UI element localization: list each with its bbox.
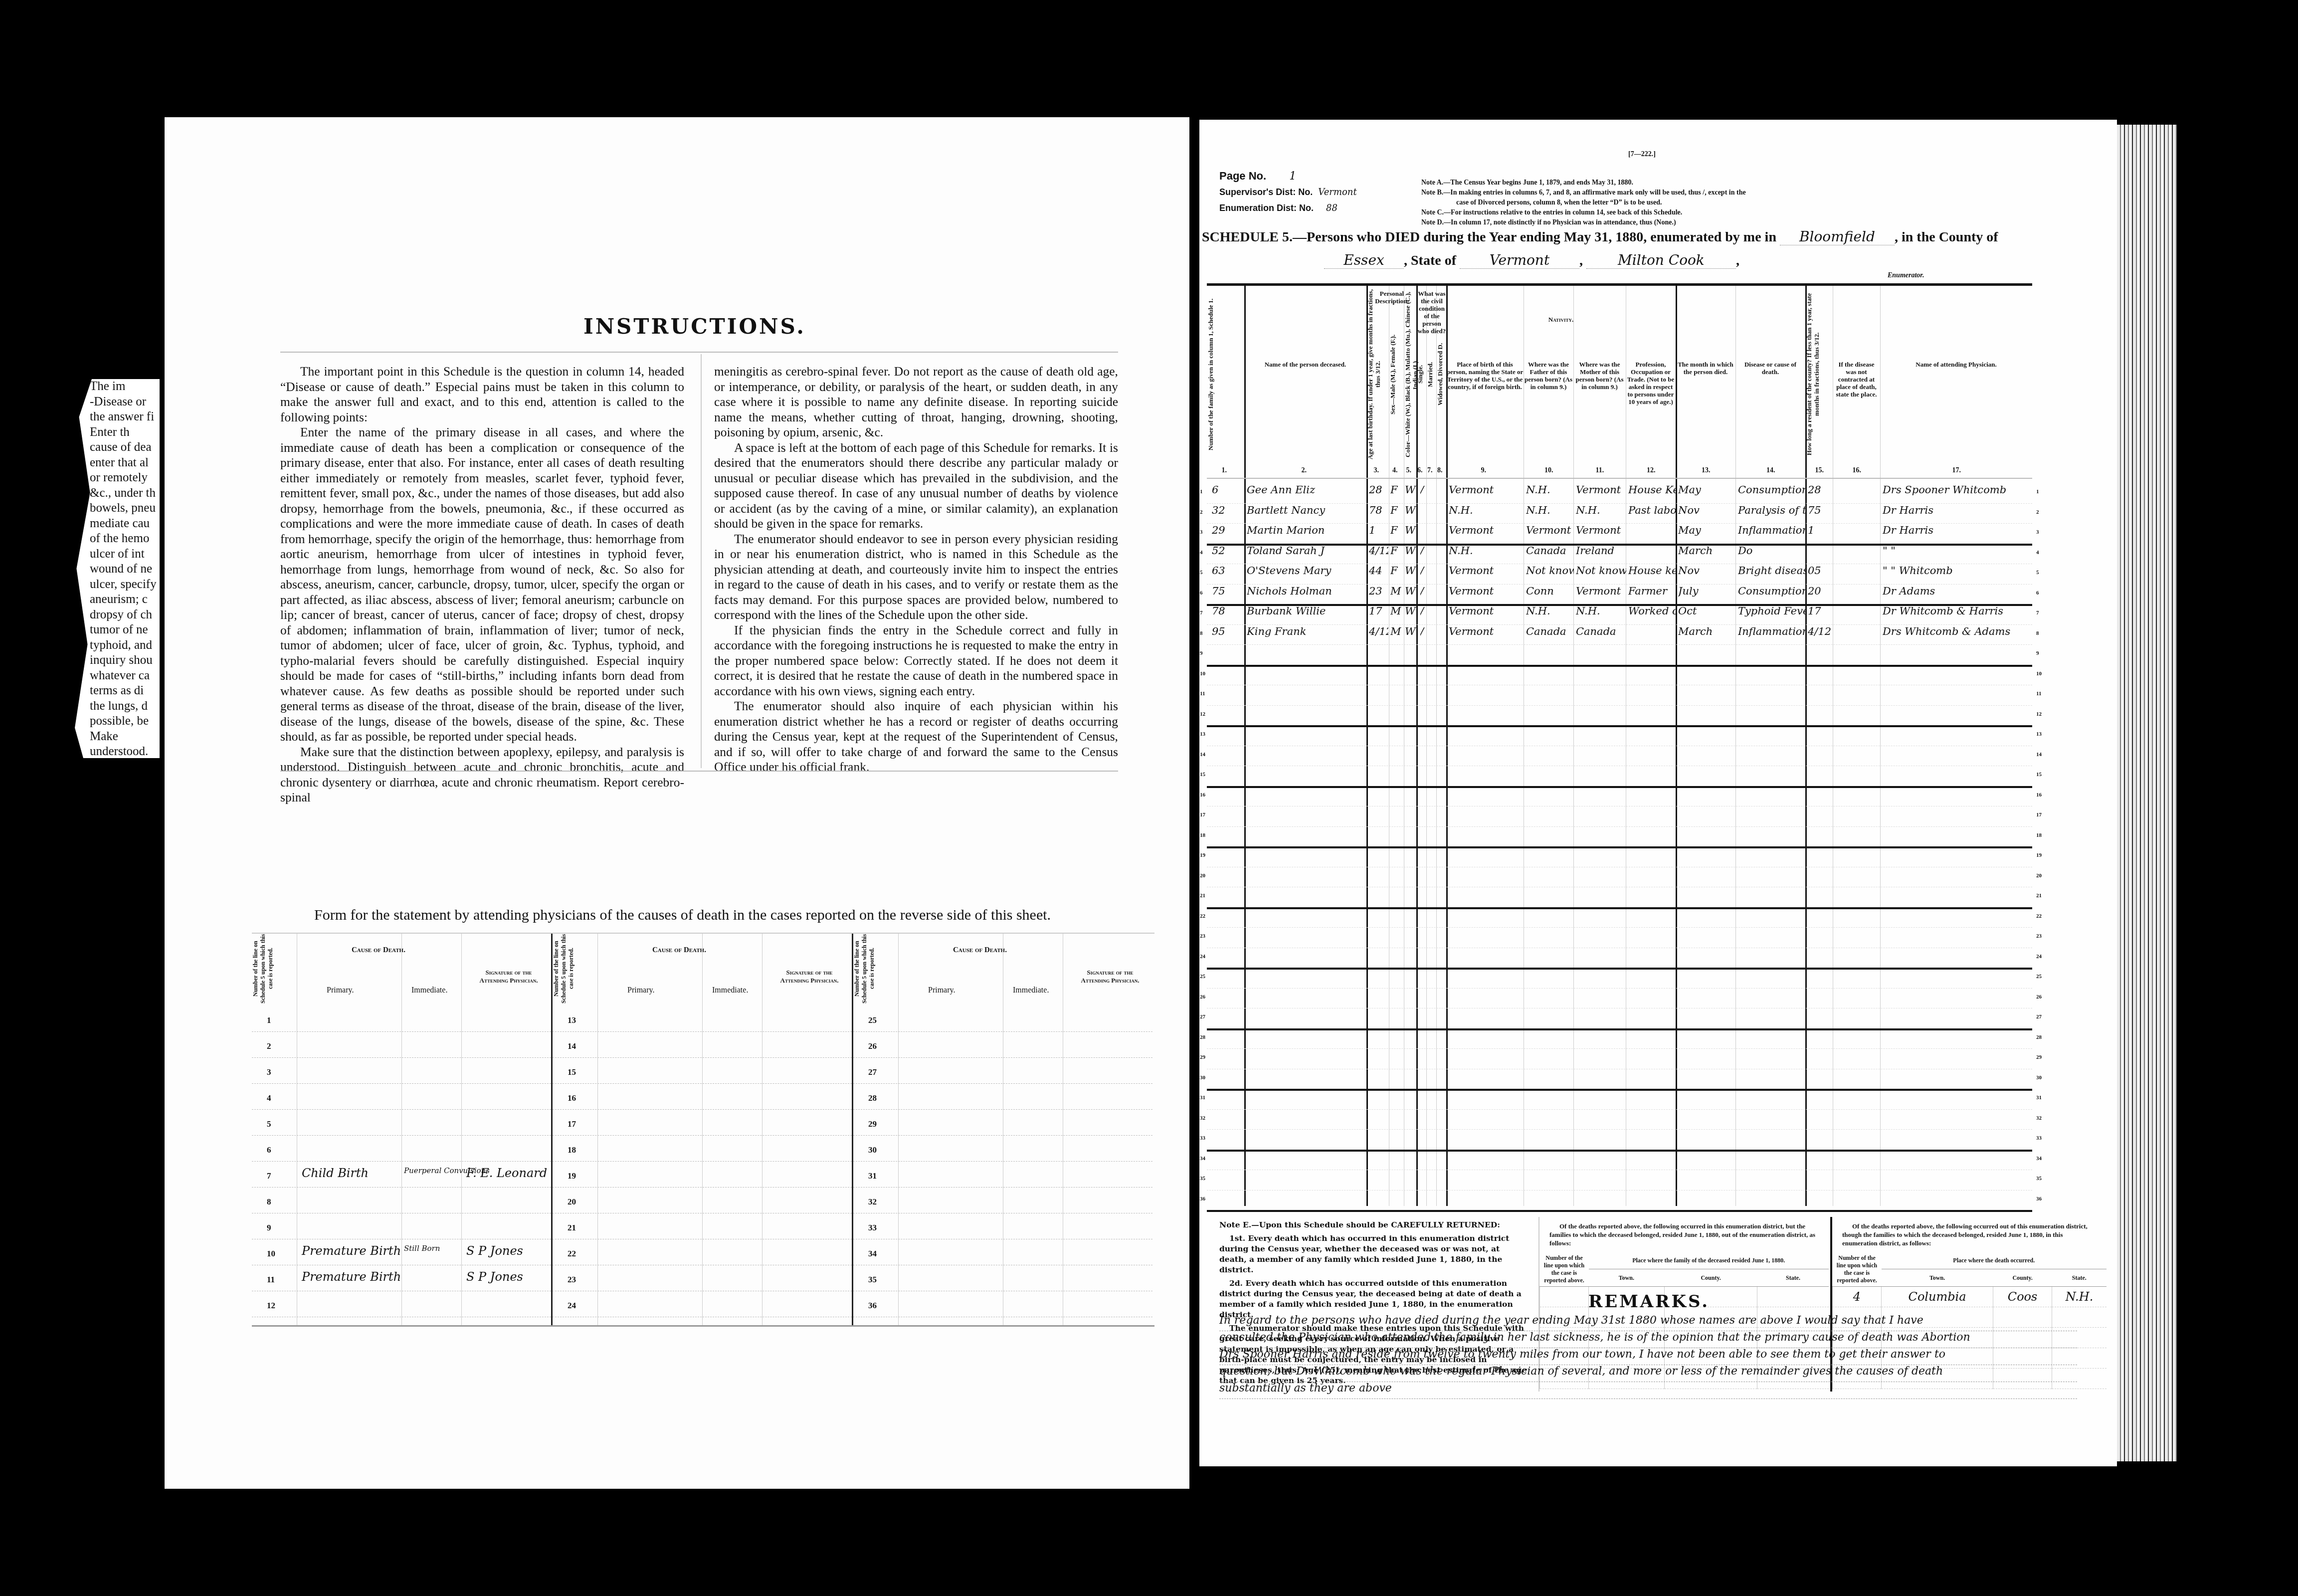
table-row: 3030: [1207, 1069, 2032, 1091]
stub-text-line: inquiry shou: [75, 653, 160, 668]
instruction-paragraph: The important point in this Schedule is …: [280, 364, 684, 425]
column-number: 9.: [1481, 467, 1487, 475]
stub-text-line: the lungs, d: [75, 699, 160, 714]
line-number: 9: [267, 1223, 271, 1233]
column-header-1: Number of the family as given in column …: [1207, 286, 1244, 468]
cell-color: W: [1405, 625, 1418, 637]
column-number: 13.: [1702, 467, 1711, 475]
row-number-right: 14: [2036, 752, 2042, 758]
line-number: 26: [868, 1041, 877, 1051]
physician-form-row: 36: [853, 1294, 1152, 1317]
stub-text-line: bowels, pneu: [75, 501, 160, 516]
line-number: 19: [568, 1171, 576, 1181]
cell-physician: Dr Harris: [1883, 524, 2028, 536]
cell-father: Not known: [1526, 565, 1574, 577]
line-number: 12: [267, 1301, 275, 1311]
book-page-edges: [2117, 125, 2177, 1461]
divider: [280, 352, 1118, 353]
physician-form-row: 4: [252, 1086, 551, 1110]
physician-form-row: 27: [853, 1060, 1152, 1084]
cell-father: Conn: [1526, 585, 1574, 597]
row-number-right: 6: [2036, 590, 2039, 596]
instruction-paragraph: If the physician finds the entry in the …: [714, 623, 1118, 699]
line-number: 25: [868, 1015, 877, 1025]
line-number: 23: [568, 1275, 576, 1285]
stub-text-line: typhoid, and: [75, 638, 160, 653]
cell-month: March: [1678, 545, 1736, 557]
stub-text-line: understood.: [75, 744, 160, 760]
supervisor-value: Vermont: [1318, 187, 1356, 198]
box-intro: Of the deaths reported above, the follow…: [1832, 1217, 2106, 1247]
instructions-column-2: meningitis as cerebro-spinal fever. Do n…: [714, 364, 1118, 775]
table-row: 1313: [1207, 725, 2032, 746]
line-number: 8: [267, 1197, 271, 1207]
cell-birth: Vermont: [1449, 605, 1524, 617]
physician-form-block: Number of the line on Schedule 5 upon wh…: [252, 934, 551, 1325]
column-number: 14.: [1766, 467, 1775, 475]
supervisor-district-line: Supervisor's Dist: No. Vermont: [1219, 187, 1357, 198]
line-number: 30: [868, 1145, 877, 1155]
stub-text-line: or remotely: [75, 470, 160, 486]
primary-cause: Child Birth: [302, 1166, 369, 1180]
table-row: 3333: [1207, 1129, 2032, 1152]
line-number: 4: [267, 1093, 271, 1103]
table-row: 1515: [1207, 766, 2032, 788]
row-number-left: 2: [1200, 509, 1203, 515]
physician-form-row: 33: [853, 1216, 1152, 1239]
place-header: Place where the death occurred.: [1882, 1252, 2107, 1269]
column-divider: [701, 354, 702, 768]
cell-name: Gee Ann Eliz: [1247, 484, 1367, 496]
primary-header: Primary.: [928, 986, 956, 995]
row-number-right: 25: [2036, 974, 2042, 980]
column-header-4: Sex—Male (M.), Female (F.).: [1389, 286, 1404, 468]
stub-text-line: Make: [75, 729, 160, 745]
cause-of-death-header: Cause of Death.: [652, 946, 706, 955]
instruction-paragraph: Make sure that the distinction between a…: [280, 745, 684, 805]
cell-month: July: [1678, 585, 1736, 597]
note-e-second: 2d. Every death which has occurred outsi…: [1219, 1278, 1529, 1320]
enumerator-name: Milton Cook: [1586, 252, 1736, 269]
row-number-left: 23: [1200, 933, 1205, 939]
row-number-right: 30: [2036, 1075, 2042, 1081]
row-number-left: 14: [1200, 752, 1205, 758]
table-row: 3131: [1207, 1089, 2032, 1110]
table-row: 2929: [1207, 1048, 2032, 1069]
signature-header: Signature of the Attending Physician.: [471, 969, 546, 985]
cell-sex: M: [1390, 625, 1403, 637]
cell-family: 52: [1212, 545, 1245, 557]
county-header: County.: [1993, 1269, 2052, 1287]
cell-resident: 20: [1808, 585, 1833, 597]
physician-form-row: 18: [553, 1138, 852, 1162]
physician-form-row: 3: [252, 1060, 551, 1084]
instruction-paragraph: Enter the name of the primary disease in…: [280, 425, 684, 745]
enumeration-value: 88: [1326, 203, 1338, 213]
table-row: 1414: [1207, 746, 2032, 767]
state-header: State.: [1757, 1269, 1829, 1287]
cell-month: May: [1678, 484, 1736, 496]
table-row: 116Gee Ann Eliz28FW/VermontN.H.VermontHo…: [1207, 483, 2032, 504]
table-row: 2828: [1207, 1028, 2032, 1049]
signature-header: Signature of the Attending Physician.: [1073, 969, 1148, 985]
cell-family: 6: [1212, 484, 1245, 496]
table-row: 4452Toland Sarah J4/12FW/N.H.CanadaIrela…: [1207, 544, 2032, 565]
schedule-title-text: SCHEDULE 5.—Persons who DIED during the …: [1202, 229, 1776, 245]
box-intro: Of the deaths reported above, the follow…: [1539, 1217, 1829, 1247]
cell-physician: Drs Whitcomb & Adams: [1883, 625, 2028, 637]
remark-line: Drs Spooner Harris and reside from twelv…: [1219, 1348, 2077, 1365]
row-number-right: 22: [2036, 913, 2042, 919]
table-row: 2424: [1207, 948, 2032, 970]
row-number-right: 15: [2036, 772, 2042, 778]
cell-color: W: [1405, 524, 1418, 536]
physician-form-block: Number of the line on Schedule 5 upon wh…: [553, 934, 852, 1325]
row-number-right: 33: [2036, 1135, 2042, 1141]
column-header-15: How long a resident of the county? If le…: [1805, 286, 1833, 468]
cell-physician: Dr Harris: [1883, 504, 2028, 516]
row-number-right: 19: [2036, 852, 2042, 858]
table-row: 3434: [1207, 1150, 2032, 1171]
stub-text-line: ulcer of int: [75, 547, 160, 562]
county-header: County.: [1664, 1269, 1757, 1287]
cell-family: 63: [1212, 565, 1245, 577]
row-number-right: 16: [2036, 792, 2042, 798]
row-number-right: 10: [2036, 671, 2042, 677]
table-row: 1111: [1207, 685, 2032, 706]
cell-father: Canada: [1526, 545, 1574, 557]
row-number-right: 18: [2036, 832, 2042, 838]
physician-signature: S P Jones: [466, 1270, 523, 1284]
row-number-right: 21: [2036, 893, 2042, 899]
line-number-header: Number of the line on Schedule 5 upon wh…: [252, 934, 297, 1003]
cell-month: May: [1678, 524, 1736, 536]
physician-form-row: 17: [553, 1112, 852, 1136]
cell-age: 23: [1369, 585, 1388, 597]
physician-form-row: 16: [553, 1086, 852, 1110]
remark-line: In regard to the persons who have died d…: [1219, 1314, 2077, 1331]
remark-line: substantially as they are above: [1219, 1382, 2077, 1399]
cell-birth: Vermont: [1449, 484, 1524, 496]
header-row: Number of the line upon which the case i…: [1833, 1252, 2107, 1269]
cell-occupation: Worked on farm: [1628, 605, 1676, 617]
stub-text-line: The im: [75, 379, 160, 395]
row-number-left: 27: [1200, 1014, 1205, 1020]
row-number-left: 5: [1200, 570, 1203, 576]
cell-civil: /: [1420, 605, 1447, 617]
cell-month: Oct: [1678, 605, 1736, 617]
row-number-left: 20: [1200, 873, 1205, 879]
primary-header: Primary.: [327, 986, 354, 995]
cell-sex: F: [1390, 545, 1403, 557]
stub-text-line: dropsy of ch: [75, 607, 160, 623]
cell-name: Nichols Holman: [1247, 585, 1367, 597]
row-number-left: 26: [1200, 994, 1205, 1000]
cell-month: Nov: [1678, 565, 1736, 577]
physician-form-row: 21: [553, 1216, 852, 1239]
cell-occupation: House Keeping: [1628, 484, 1676, 496]
remarks-title: REMARKS.: [1588, 1292, 1710, 1312]
instruction-paragraph: The enumerator should endeavor to see in…: [714, 532, 1118, 623]
stub-text-line: dysentery: [75, 760, 160, 775]
cell-physician: Dr Whitcomb & Harris: [1883, 605, 2028, 617]
supervisor-label: Supervisor's Dist: No.: [1219, 187, 1313, 197]
line-number: 1: [267, 1015, 271, 1025]
row-number-right: 34: [2036, 1156, 2042, 1162]
table-row: 2222: [1207, 907, 2032, 928]
line-number: 17: [568, 1119, 576, 1129]
physician-form-title: Form for the statement by attending phys…: [314, 907, 1051, 924]
row-number-left: 29: [1200, 1054, 1205, 1060]
cell-color: W: [1405, 565, 1418, 577]
cell-birth: N.H.: [1449, 504, 1524, 516]
cell-state: [1757, 1287, 1829, 1307]
cell-resident: 17: [1808, 605, 1833, 617]
enumerator-label: Enumerator.: [1888, 272, 1924, 280]
table-row: 7778Burbank Willie17MW/VermontN.H.N.H.Wo…: [1207, 604, 2032, 625]
immediate-header: Immediate.: [712, 986, 748, 995]
cell-name: King Frank: [1247, 625, 1367, 637]
physician-form-row: 30: [853, 1138, 1152, 1162]
row-number-left: 17: [1200, 812, 1205, 818]
stub-text-line: of the hemo: [75, 531, 160, 547]
note-e-heading: Note E.—Upon this Schedule should be CAR…: [1219, 1219, 1529, 1230]
cell-mother: Ireland: [1576, 545, 1626, 557]
column-number: 17.: [1952, 467, 1961, 475]
cell-line: [1540, 1287, 1589, 1307]
row-number-right: 9: [2036, 650, 2039, 656]
cell-family: 32: [1212, 504, 1245, 516]
stub-text-line: tumor of ne: [75, 622, 160, 638]
cell-physician: " ": [1883, 545, 2028, 557]
cell-sex: F: [1390, 484, 1403, 496]
town-header: Town.: [1589, 1269, 1665, 1287]
column-number: 7.: [1427, 467, 1433, 475]
county-value: Essex: [1324, 252, 1404, 269]
column-number: 15.: [1815, 467, 1824, 475]
cell-father: N.H.: [1526, 504, 1574, 516]
row-number-right: 28: [2036, 1034, 2042, 1040]
cell-resident: 28: [1808, 484, 1833, 496]
row-number-right: 27: [2036, 1014, 2042, 1020]
column-number: 1.: [1222, 467, 1227, 475]
remark-line: consulted the Physician who attended the…: [1219, 1331, 2077, 1348]
column-number: 16.: [1853, 467, 1862, 475]
physician-form-row: 1: [252, 1008, 551, 1032]
table-row: 1010: [1207, 665, 2032, 686]
cell-cause: Bright disease: [1738, 565, 1806, 577]
table-row: 3232: [1207, 1109, 2032, 1130]
line-number: 14: [568, 1041, 576, 1051]
cell-sex: M: [1390, 585, 1403, 597]
stub-text-line: wound of ne: [75, 562, 160, 577]
header-row: Number of the line upon which the case i…: [1540, 1252, 1829, 1269]
nativity-header: Nativity.: [1446, 316, 1676, 323]
cell-father: N.H.: [1526, 484, 1574, 496]
enumeration-label: Enumeration Dist: No.: [1219, 203, 1314, 213]
table-row: 5563O'Stevens Mary44FW/VermontNot knownN…: [1207, 564, 2032, 585]
stub-text-line: cause of dea: [75, 440, 160, 455]
column-number: 5.: [1406, 467, 1412, 475]
cell-father: Canada: [1526, 625, 1574, 637]
physician-form-row: 9: [252, 1216, 551, 1239]
physician-form-row: 2: [252, 1034, 551, 1058]
cell-family: 95: [1212, 625, 1245, 637]
line-number: 35: [868, 1275, 877, 1285]
row-number-left: 34: [1200, 1156, 1205, 1162]
table-row: 2525: [1207, 968, 2032, 989]
table-row: 3535: [1207, 1170, 2032, 1191]
row-number-left: 33: [1200, 1135, 1205, 1141]
physician-form-row: 12: [252, 1294, 551, 1317]
stub-text-line: enter that al: [75, 455, 160, 471]
cell-sex: F: [1390, 504, 1403, 516]
row-number-left: 13: [1200, 731, 1205, 737]
physician-form-row: 15: [553, 1060, 852, 1084]
cell-age: 4/12: [1369, 545, 1388, 557]
line-number: 16: [568, 1093, 576, 1103]
place-row: 4ColumbiaCoosN.H.: [1833, 1287, 2107, 1307]
cell-civil: /: [1420, 484, 1447, 496]
stub-text-line: possible, be: [75, 714, 160, 729]
physician-form-row: 32: [853, 1190, 1152, 1213]
cell-age: 28: [1369, 484, 1388, 496]
column-header-5: Color—White (W.), Black (B.), Mulatto (M…: [1404, 286, 1416, 468]
line-number: 10: [267, 1249, 275, 1259]
table-row: 3636: [1207, 1190, 2032, 1212]
schedule-note: case of Divorced persons, column 8, when…: [1421, 198, 1746, 208]
table-row: 2727: [1207, 1008, 2032, 1030]
cell-name: Martin Marion: [1247, 524, 1367, 536]
torn-page-stub: The im-Disease orthe answer fiEnter thca…: [75, 379, 160, 758]
row-number-right: 23: [2036, 933, 2042, 939]
line-number: 32: [868, 1197, 877, 1207]
cell-mother: Not known: [1576, 565, 1626, 577]
cell-birth: Vermont: [1449, 565, 1524, 577]
row-number-right: 5: [2036, 570, 2039, 576]
table-row: 8895King Frank4/12MW/VermontCanadaCanada…: [1207, 624, 2032, 645]
cell-family: 78: [1212, 605, 1245, 617]
line-number: 5: [267, 1119, 271, 1129]
cell-physician: Dr Adams: [1883, 585, 2028, 597]
cell-civil: /: [1420, 585, 1447, 597]
cell-civil: /: [1420, 545, 1447, 557]
row-number-left: 8: [1200, 630, 1203, 636]
row-number-left: 15: [1200, 772, 1205, 778]
note-e-first: 1st. Every death which has occurred in t…: [1219, 1233, 1529, 1275]
table-row: 99: [1207, 644, 2032, 667]
physician-form-row: 35: [853, 1268, 1152, 1291]
cell-father: N.H.: [1526, 605, 1574, 617]
physician-form-row: 20: [553, 1190, 852, 1213]
stub-text-line: Enter th: [75, 425, 160, 440]
physician-form-row: 7Child BirthPuerperal ConvulsionsF. E. L…: [252, 1164, 551, 1188]
row-number-left: 19: [1200, 852, 1205, 858]
cell-physician: Drs Spooner Whitcomb: [1883, 484, 2028, 496]
cell-birth: Vermont: [1449, 625, 1524, 637]
cell-age: 78: [1369, 504, 1388, 516]
physician-form-row: 5: [252, 1112, 551, 1136]
table-row: 6675Nichols Holman23MW/VermontConnVermon…: [1207, 584, 2032, 606]
cell-name: Toland Sarah J: [1247, 545, 1367, 557]
column-header-3: Age at last birthday. If under 1 year, g…: [1366, 286, 1389, 468]
line-number: 18: [568, 1145, 576, 1155]
notes-a-to-d: Note A.—The Census Year begins June 1, 1…: [1421, 178, 1746, 228]
cell-resident: 4/12: [1808, 625, 1833, 637]
row-number-right: 3: [2036, 529, 2039, 535]
column-number: 12.: [1647, 467, 1656, 475]
row-number-right: 13: [2036, 731, 2042, 737]
instruction-paragraph: A space is left at the bottom of each pa…: [714, 440, 1118, 532]
row-number-left: 9: [1200, 650, 1203, 656]
cell-name: Bartlett Nancy: [1247, 504, 1367, 516]
column-number: 8.: [1437, 467, 1443, 475]
line-number: 7: [267, 1171, 271, 1181]
physician-signature: S P Jones: [466, 1244, 523, 1258]
schedule-5-page: [7—222.] Page No. 1 Supervisor's Dist: N…: [1199, 120, 2117, 1466]
cell-age: 44: [1369, 565, 1388, 577]
column-number: 3.: [1374, 467, 1379, 475]
schedule-note: Note A.—The Census Year begins June 1, 1…: [1421, 178, 1746, 188]
row-number-left: 30: [1200, 1075, 1205, 1081]
cell-cause: Inflammation on Brain: [1738, 524, 1806, 536]
row-number-right: 11: [2036, 691, 2041, 697]
line-number: 20: [568, 1197, 576, 1207]
line-number: 36: [868, 1301, 877, 1311]
line-number: 2: [267, 1041, 271, 1051]
row-number-left: 16: [1200, 792, 1205, 798]
state-header: State.: [2052, 1269, 2106, 1287]
stub-text-line: whatever ca: [75, 668, 160, 684]
row-number-right: 31: [2036, 1095, 2042, 1101]
deaths-table: Number of the family as given in column …: [1207, 283, 2032, 1206]
cell-month: Nov: [1678, 504, 1736, 516]
cell-civil: /: [1420, 565, 1447, 577]
county-label: , in the County of: [1895, 229, 1998, 245]
cause-of-death-header: Cause of Death.: [352, 946, 405, 955]
cell-resident: 75: [1808, 504, 1833, 516]
cell-physician: " " Whitcomb: [1883, 565, 2028, 577]
page-number: 1: [1289, 170, 1296, 183]
cell-color: W: [1405, 605, 1418, 617]
cell-mother: Vermont: [1576, 585, 1626, 597]
schedule-note: Note B.—In making entries in columns 6, …: [1421, 188, 1746, 198]
cell-cause: Typhoid Fever: [1738, 605, 1806, 617]
line-number: 34: [868, 1249, 877, 1259]
row-number-right: 20: [2036, 873, 2042, 879]
instructions-column-1: The important point in this Schedule is …: [280, 364, 684, 805]
physician-form-row: 13: [553, 1008, 852, 1032]
table-row: 1616: [1207, 786, 2032, 807]
line-number: 21: [568, 1223, 576, 1233]
line-number-header: Number of the line upon which the case i…: [1540, 1252, 1589, 1287]
stub-text-line: terms as di: [75, 683, 160, 699]
stub-text-line: the answer fi: [75, 409, 160, 425]
line-number: 15: [568, 1067, 576, 1077]
table-row: 2323: [1207, 927, 2032, 948]
form-code: [7—222.]: [1628, 151, 1656, 159]
cell-mother: Vermont: [1576, 524, 1626, 536]
signature-header: Signature of the Attending Physician.: [772, 969, 847, 985]
physician-form-row: 22: [553, 1242, 852, 1265]
cell-month: March: [1678, 625, 1736, 637]
cell-sex: F: [1390, 565, 1403, 577]
row-number-right: 1: [2036, 489, 2039, 495]
cell-cause: Inflammation of the brain: [1738, 625, 1806, 637]
cell-color: W: [1405, 504, 1418, 516]
cell-age: 17: [1369, 605, 1388, 617]
row-number-left: 24: [1200, 954, 1205, 960]
